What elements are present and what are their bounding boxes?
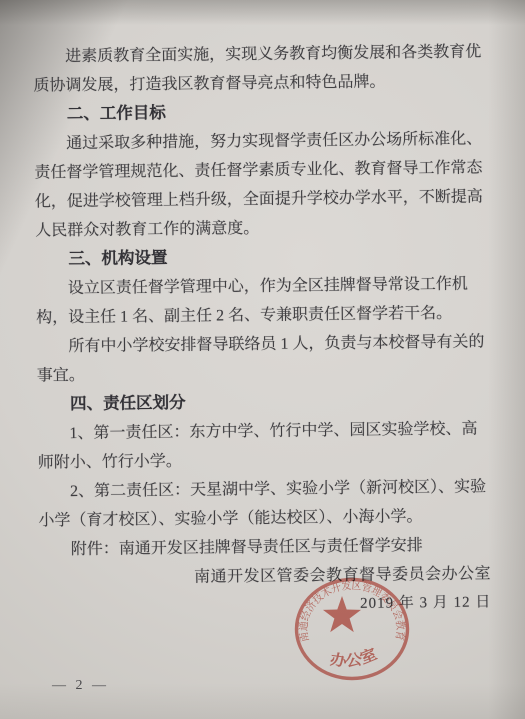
seal-office-text: 办公室 [329, 645, 380, 671]
paragraph-liaison: 所有中小学校安排督导联络员 1 人，负责与本校督导有关的事宜。 [36, 327, 489, 390]
scanned-document-page: 进素质教育全面实施，实现义务教育均衡发展和各类教育优质协调发展，打造我区教育督导… [0, 0, 525, 719]
document-body: 进素质教育全面实施，实现义务教育均衡发展和各类教育优质协调发展，打造我区教育督导… [33, 37, 492, 622]
seal-ring-text: 南通经济技术开发区管理委员会教育督导委员会 [294, 576, 408, 643]
paragraph-continued: 进素质教育全面实施，实现义务教育均衡发展和各类教育优质协调发展，打造我区教育督导… [33, 37, 486, 100]
paragraph-district-1: 1、第一责任区：东方中学、竹行中学、园区实验学校、高师附小、竹行小学。 [37, 414, 490, 477]
seal-office-text-holder: 办公室 [329, 645, 380, 671]
official-seal: 南通经济技术开发区管理委员会教育督导委员会 办公室 [294, 576, 412, 684]
red-star-icon [323, 596, 361, 632]
issue-date: 2019 年 3 月 12 日 [39, 588, 491, 622]
seal-ring-text-holder: 南通经济技术开发区管理委员会教育督导委员会 [294, 576, 408, 643]
paragraph-district-2: 2、第二责任区：天星湖中学、实验小学（新河校区）、实验小学（育才校区）、实验小学… [38, 472, 491, 535]
page-number: — 2 — [52, 678, 109, 694]
paragraph-management-center: 设立区责任督学管理中心，作为全区挂牌督导常设工作机构，设主任 1 名、副主任 2… [36, 269, 489, 332]
paragraph-work-goals: 通过采取多种措施，努力实现督学责任区办公场所标准化、责任督学管理规范化、责任督学… [34, 124, 487, 245]
